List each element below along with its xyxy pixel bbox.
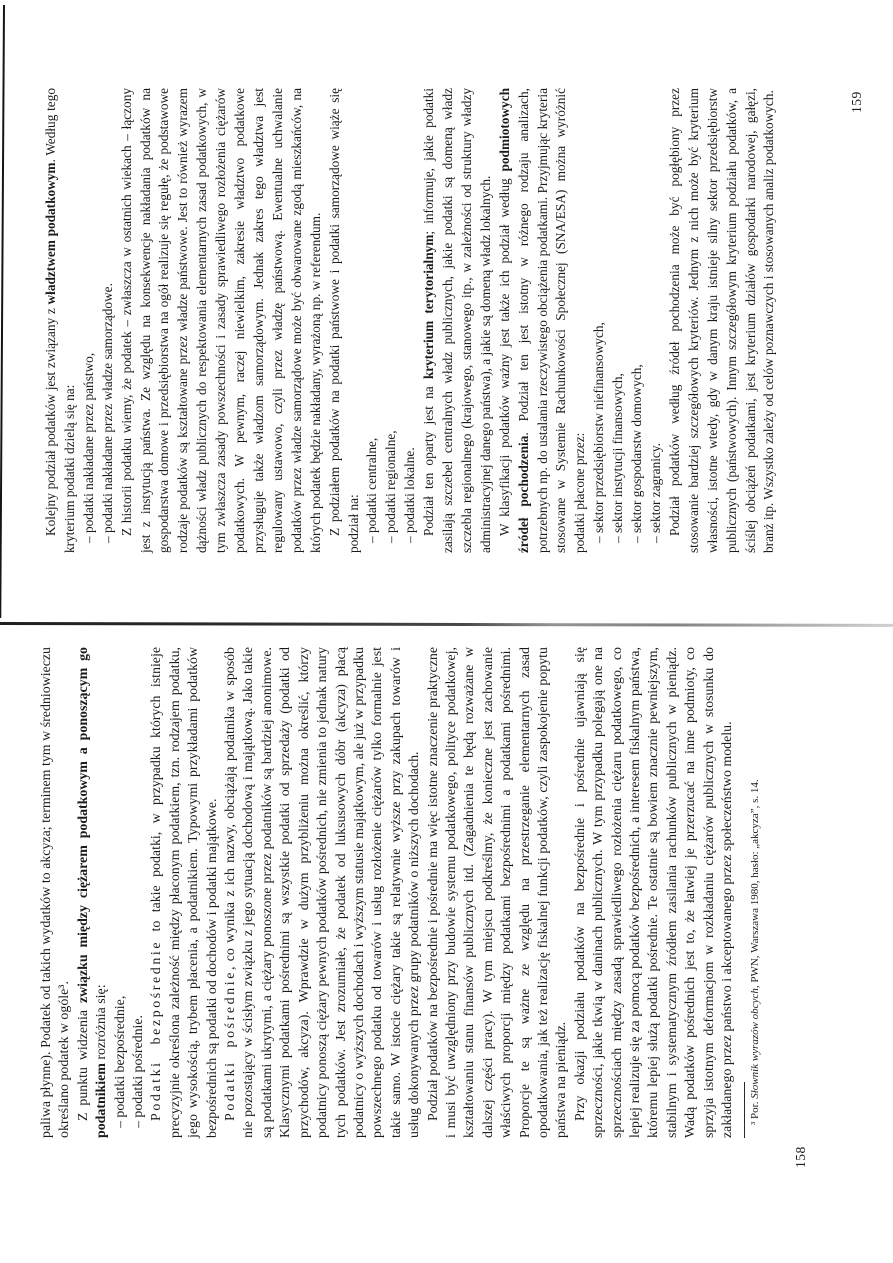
bold-term: kryterium terytorialnym: [421, 235, 436, 380]
paragraph: Podatki pośrednie, co wynika z ich nazwy…: [222, 647, 424, 1138]
list-item: – sektor zagranicy.: [647, 88, 666, 553]
page-number-159: 159: [848, 91, 867, 113]
paragraph: Podział podatków na bezpośrednie i pośre…: [425, 647, 572, 1138]
paragraph: Z historii podatku wiemy, że podatek – z…: [118, 88, 326, 553]
list-item: – sektor gospodarstw domowych,: [628, 88, 647, 553]
paragraph: Podział ten oparty jest na kryterium ter…: [420, 88, 496, 553]
paragraph: Z punktu widzenia związku między ciężare…: [75, 647, 112, 1138]
spaced-term: Podatki bezpośrednie: [149, 940, 164, 1121]
bold-term: władztwem podatkowym: [43, 163, 58, 305]
page-number-158: 158: [792, 1146, 810, 1168]
bold-term: podmiotowych źródeł pochodzenia: [497, 88, 531, 553]
list-item: – podatki centralne,: [363, 88, 382, 553]
spine-shadow-line: [0, 622, 893, 626]
paragraph: Z podziałem podatków na podatki państwow…: [326, 88, 364, 553]
paragraph: paliwa płynne). Podatek od takich wydatk…: [38, 647, 75, 1138]
page-159: Kolejny podział podatków jest związany z…: [42, 88, 882, 553]
footnote-rule: [744, 1082, 745, 1138]
paragraph: W klasyfikacji podatków ważny jest także…: [496, 88, 591, 553]
list-item: – podatki lokalne.: [401, 88, 420, 553]
italic-title: Słownik wyrazów obcych: [749, 988, 761, 1099]
paragraph: Kolejny podział podatków jest związany z…: [42, 88, 80, 553]
list-item: – podatki bezpośrednie,: [112, 647, 130, 1138]
paragraph: Przy okazji podziału podatków na bezpośr…: [572, 647, 738, 1138]
list-item: – podatki nakładane przez państwo,: [80, 88, 99, 553]
list-item: – sektor przedsiębiorstw niefinansowych,: [590, 88, 609, 553]
bold-term: związku między ciężarem podatkowym a pon…: [76, 647, 109, 1138]
list-item: – podatki pośrednie.: [130, 647, 148, 1138]
footnote: ³ Por. Słownik wyrazów obcych, PWN, Wars…: [749, 647, 763, 1138]
spaced-term: Podatki pośrednie: [223, 970, 238, 1121]
list-item: – podatki regionalne,: [382, 88, 401, 553]
scanned-book-spread: Kolejny podział podatków jest związany z…: [0, 0, 893, 1263]
page-159-text: Kolejny podział podatków jest związany z…: [42, 88, 779, 553]
list-item: – podatki nakładane przez władze samorzą…: [99, 88, 118, 553]
page-edge-line: [0, 5, 5, 618]
paragraph: Podatki bezpośrednie to takie podatki, w…: [148, 647, 222, 1138]
page-158: paliwa płynne). Podatek od takich wydatk…: [38, 647, 888, 1138]
list-item: – sektor instytucji finansowych,: [609, 88, 628, 553]
page-158-text: paliwa płynne). Podatek od takich wydatk…: [38, 647, 737, 1138]
paragraph: Podział podatków według źródeł pochodzen…: [666, 88, 779, 553]
